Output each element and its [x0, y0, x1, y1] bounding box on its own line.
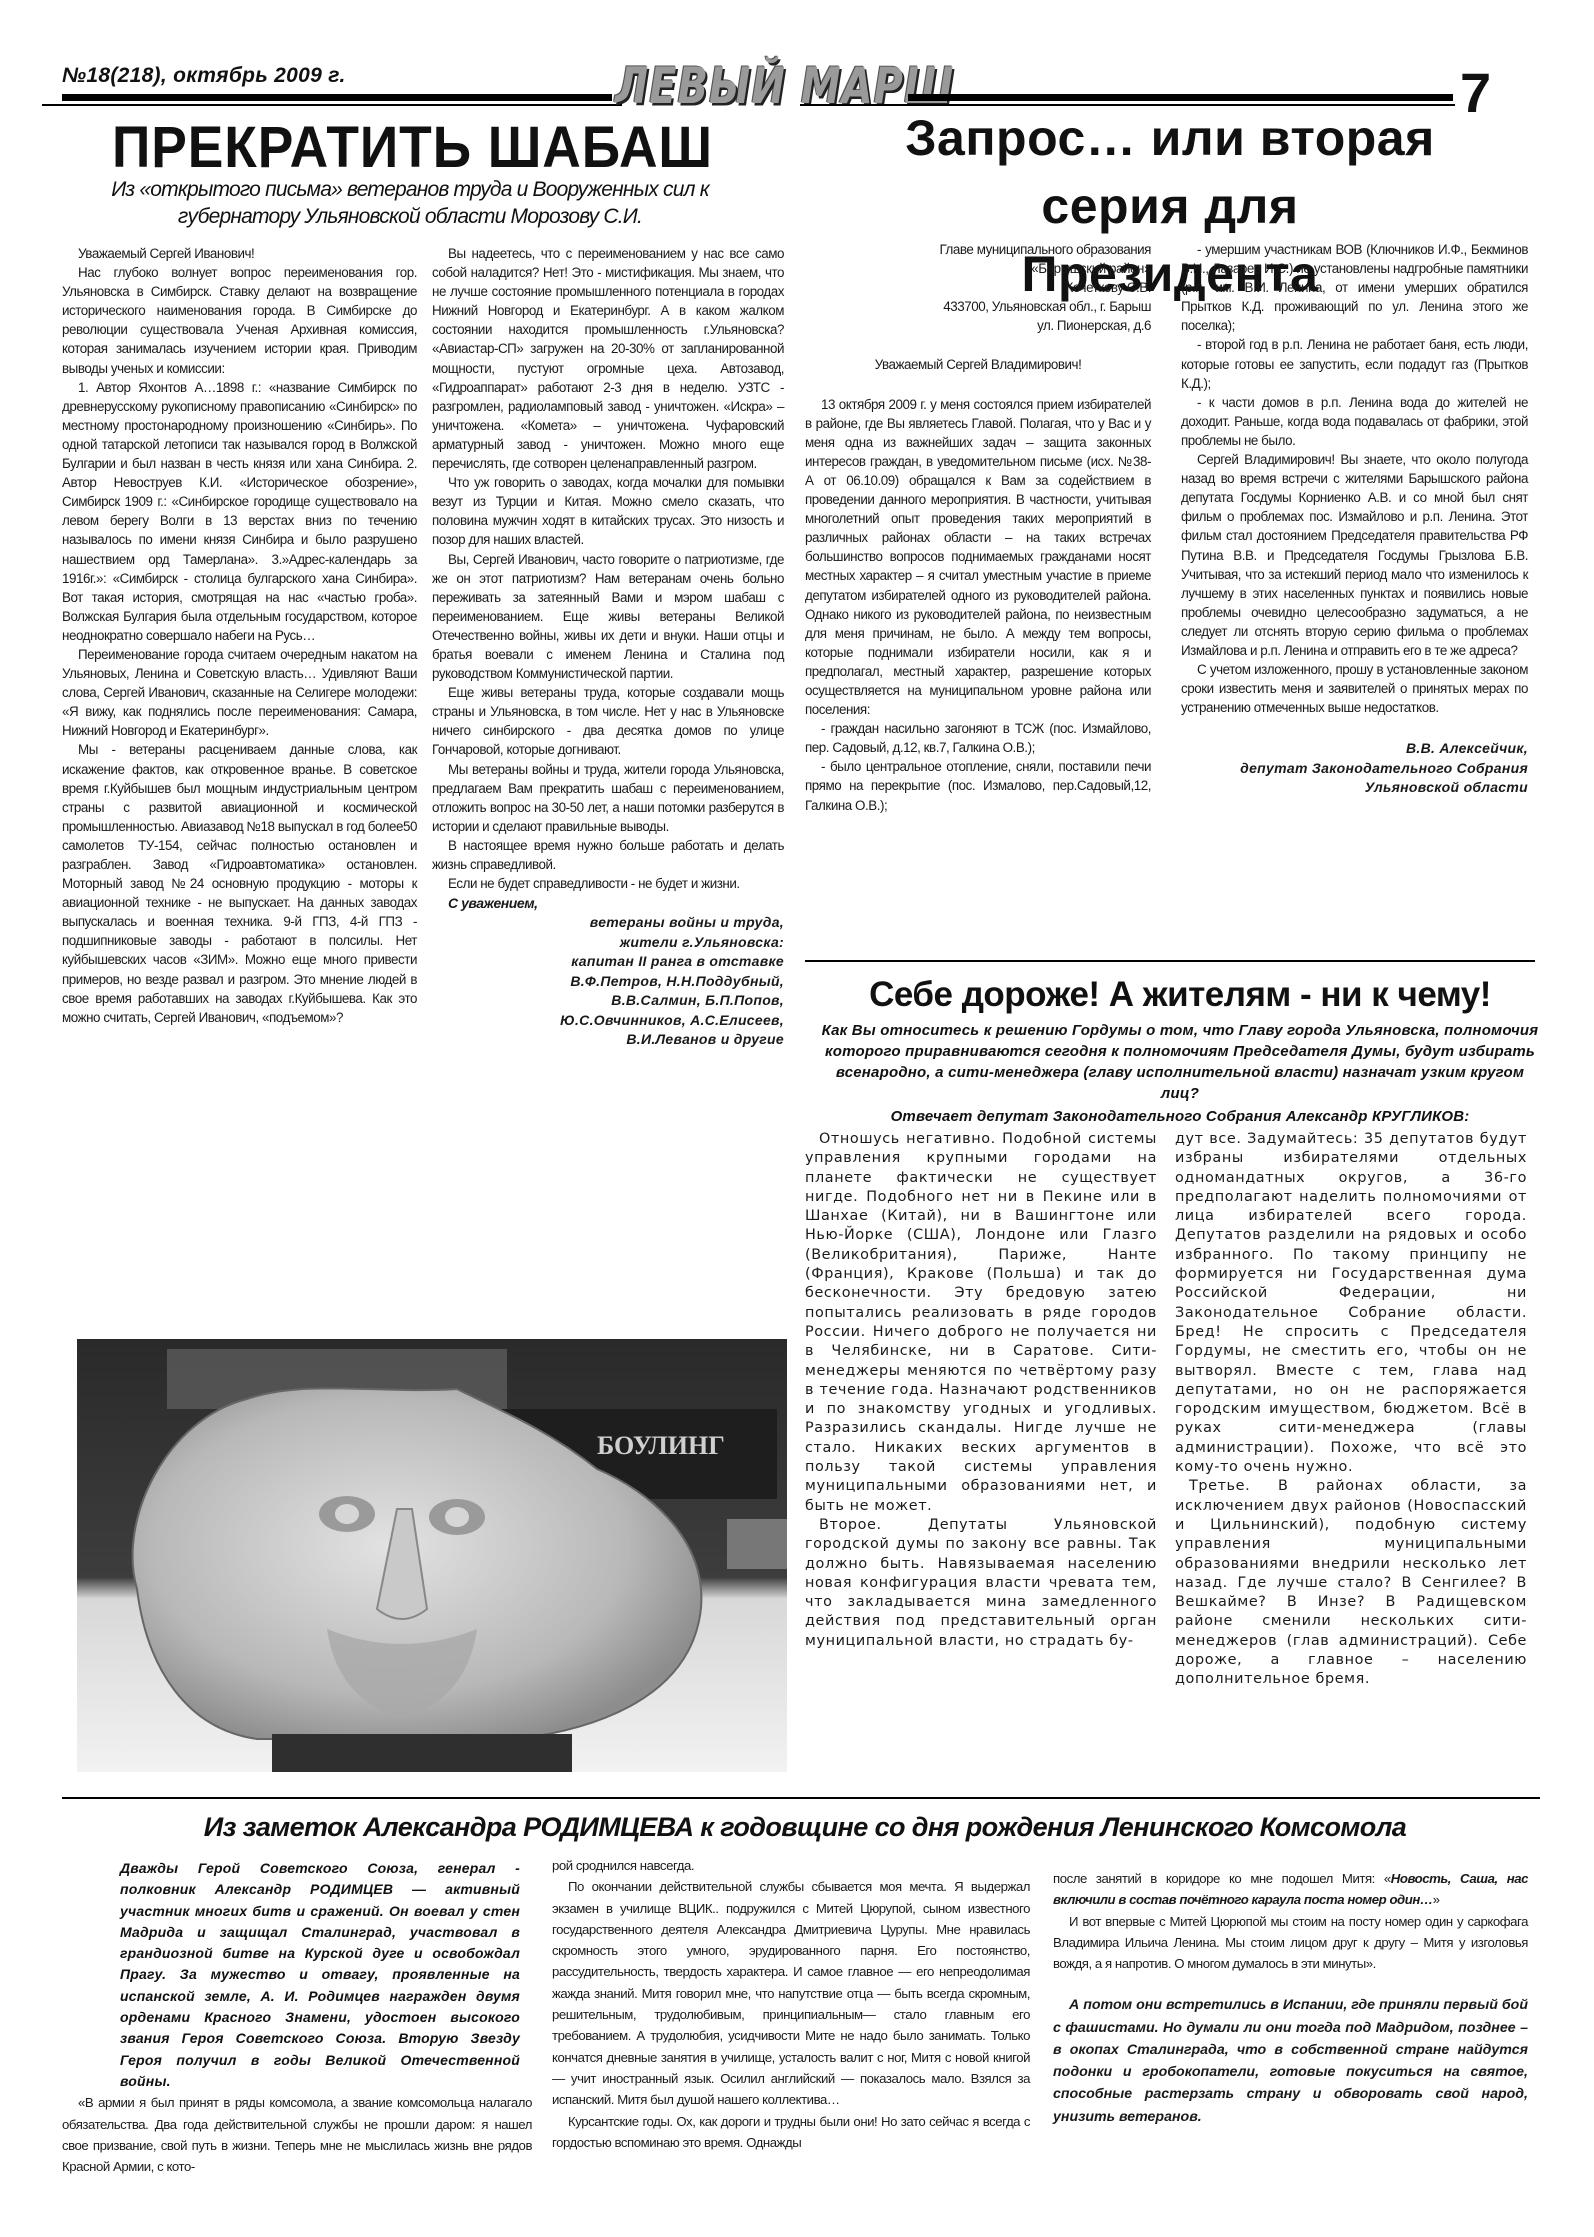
article-headline-rodimtsev: Из заметок Александра РОДИМЦЕВА к годовщ… — [60, 1812, 1550, 1843]
paragraph: Сергей Владимирович! Вы знаете, что окол… — [1181, 450, 1528, 660]
signature-line: В.Ф.Петров, Н.Н.Поддубный, — [432, 972, 784, 992]
paragraph: Что уж говорить о заводах, когда мочалки… — [432, 473, 784, 549]
signature-line: жители г.Ульяновска: — [432, 933, 784, 953]
paragraph: Переименование города считаем очередным … — [62, 645, 417, 740]
paragraph: - умершим участникам ВОВ (Ключников И.Ф.… — [1181, 240, 1528, 335]
address-line: 433700, Ульяновская обл., г. Барыш — [805, 297, 1151, 316]
building-sign: БОУЛИНГ — [597, 1431, 725, 1460]
article1-column-1: Уважаемый Сергей Иванович! Нас глубоко в… — [62, 244, 417, 1027]
paragraph: И вот впервые с Митей Цюрюпой мы стоим н… — [1053, 1911, 1528, 1975]
paragraph: - второй год в р.п. Ленина не работает б… — [1181, 335, 1528, 392]
paragraph: дут все. Задумайтесь: 35 депутатов будут… — [1175, 1130, 1527, 1477]
signature-line: Ульяновской области — [1181, 778, 1528, 798]
paragraph: рой сроднился навсегда. — [552, 1855, 1030, 1876]
closing-paragraph: А потом они встретились в Испании, где п… — [1053, 1994, 1528, 2127]
paragraph: Уважаемый Сергей Иванович! — [62, 244, 417, 263]
paragraph: Вы, Сергей Иванович, часто говорите о па… — [432, 550, 784, 684]
headline-line: Запрос… или вторая — [890, 104, 1450, 172]
headline-part: к годовщине со дня рождения Ленинского К… — [693, 1812, 1406, 1842]
paragraph: Если не будет справедливости - не будет … — [432, 874, 784, 893]
paragraph: 1. Автор Яхонтов А…1898 г.: «название Си… — [62, 378, 417, 645]
paragraph: «В армии я был принят в ряды комсомола, … — [62, 2092, 532, 2177]
paragraph: Мы ветераны войны и труда, жители города… — [432, 760, 784, 836]
signature-line: капитан II ранга в отставке — [432, 952, 784, 972]
article4-column-1: Дважды Герой Советского Союза, генерал -… — [62, 1858, 532, 2177]
stone-head-sculpture-icon: БОУЛИНГ — [77, 1339, 787, 1772]
masthead-rule-right — [908, 94, 1453, 101]
address-line: «Барышский район» — [805, 259, 1151, 278]
address-line: Кочеткову С.В. — [805, 278, 1151, 297]
quote-paragraph: после занятий в коридоре ко мне подошел … — [1053, 1868, 1528, 1911]
article-headline-prekratit-shabash: ПРЕКРАТИТЬ ШАБАШ — [112, 114, 738, 181]
paragraph: 13 октября 2009 г. у меня состоялся прие… — [805, 395, 1151, 720]
address-line: Главе муниципального образования — [805, 240, 1151, 259]
paragraph: С учетом изложенного, прошу в установлен… — [1181, 660, 1528, 717]
article-headline-sebe-dorozhe: Себе дороже! А жителям - ни к чему! — [820, 975, 1540, 1015]
article3-column-2: дут все. Задумайтесь: 35 депутатов будут… — [1175, 1130, 1527, 1690]
salutation: Уважаемый Сергей Владимирович! — [805, 355, 1151, 374]
signature-line: В.В.Салмин, Б.П.Попов, — [432, 991, 784, 1011]
paragraph: - к части домов в р.п. Ленина вода до жи… — [1181, 393, 1528, 450]
paragraph: Вы надеетесь, что с переименованием у на… — [432, 244, 784, 473]
headline-name: РОДИМЦЕВА — [523, 1812, 693, 1842]
paragraph: Мы - ветераны расцениваем данные слова, … — [62, 740, 417, 1026]
signature-line: Ю.С.Овчинников, А.С.Елисеев, — [432, 1011, 784, 1031]
paragraph: Третье. В районах области, за исключение… — [1175, 1477, 1527, 1689]
signature-line: депутат Законодательного Собрания — [1181, 759, 1528, 779]
intro-paragraph: Дважды Герой Советского Союза, генерал -… — [120, 1858, 520, 2092]
lead-question: Как Вы относитесь к решению Гордумы о то… — [820, 1020, 1540, 1104]
paragraph: Второе. Депутаты Ульяновской городской д… — [805, 1516, 1157, 1651]
paragraph: Нас глубоко волнует вопрос переименовани… — [62, 263, 417, 378]
respondent-line: Отвечает депутат Законодательного Собран… — [820, 1106, 1540, 1127]
article-lead-question: Как Вы относитесь к решению Гордумы о то… — [820, 1020, 1540, 1127]
section-divider — [805, 960, 1535, 962]
section-divider — [62, 1797, 1540, 1799]
article4-column-2: рой сроднился навсегда. По окончании дей… — [552, 1855, 1030, 2153]
masthead-rule-left-thin — [42, 104, 622, 106]
article2-column-2: - умершим участникам ВОВ (Ключников И.Ф.… — [1181, 240, 1528, 798]
signature-line: В.В. Алексейчик, — [1181, 739, 1528, 759]
quote-end: » — [1433, 1892, 1440, 1907]
paragraph: В настоящее время нужно больше работать … — [432, 836, 784, 874]
article-subheadline: Из «открытого письма» ветеранов труда и … — [100, 176, 720, 230]
article2-column-1: Главе муниципального образования «Барышс… — [805, 240, 1151, 815]
paragraph: - было центральное отопление, сняли, пос… — [805, 757, 1151, 814]
signature-line: ветераны войны и труда, — [432, 913, 784, 933]
paragraph: Отношусь негативно. Подобной системы упр… — [805, 1130, 1157, 1516]
signature-line: В.И.Леванов и другие — [432, 1030, 784, 1050]
headline-part: Из заметок Александра — [204, 1812, 523, 1842]
page-number: 7 — [1460, 60, 1491, 125]
quote-lead: после занятий в коридоре ко мне подошел … — [1053, 1871, 1391, 1886]
article1-column-2: Вы надеетесь, что с переименованием у на… — [432, 244, 784, 1050]
recipient-address: Главе муниципального образования «Барышс… — [805, 240, 1151, 335]
sculpture-photo: БОУЛИНГ — [77, 1339, 787, 1772]
signature-block: В.В. Алексейчик, депутат Законодательног… — [1181, 739, 1528, 798]
address-line: ул. Пионерская, д.6 — [805, 316, 1151, 335]
paragraph: - граждан насильно загоняют в ТСЖ (пос. … — [805, 719, 1151, 757]
signature-block: ветераны войны и труда, жители г.Ульянов… — [432, 913, 784, 1050]
paragraph: По окончании действительной службы сбыва… — [552, 1876, 1030, 2110]
paragraph: Еще живы ветераны труда, которые создава… — [432, 683, 784, 759]
paragraph: Курсантские годы. Ох, как дороги и трудн… — [552, 2111, 1030, 2154]
article3-column-1: Отношусь негативно. Подобной системы упр… — [805, 1130, 1157, 1651]
closing-regards: С уважением, — [448, 893, 784, 913]
issue-number-date: №18(218), октябрь 2009 г. — [62, 64, 346, 88]
masthead-rule-left — [62, 94, 612, 101]
article4-column-3: после занятий в коридоре ко мне подошел … — [1053, 1868, 1528, 2128]
